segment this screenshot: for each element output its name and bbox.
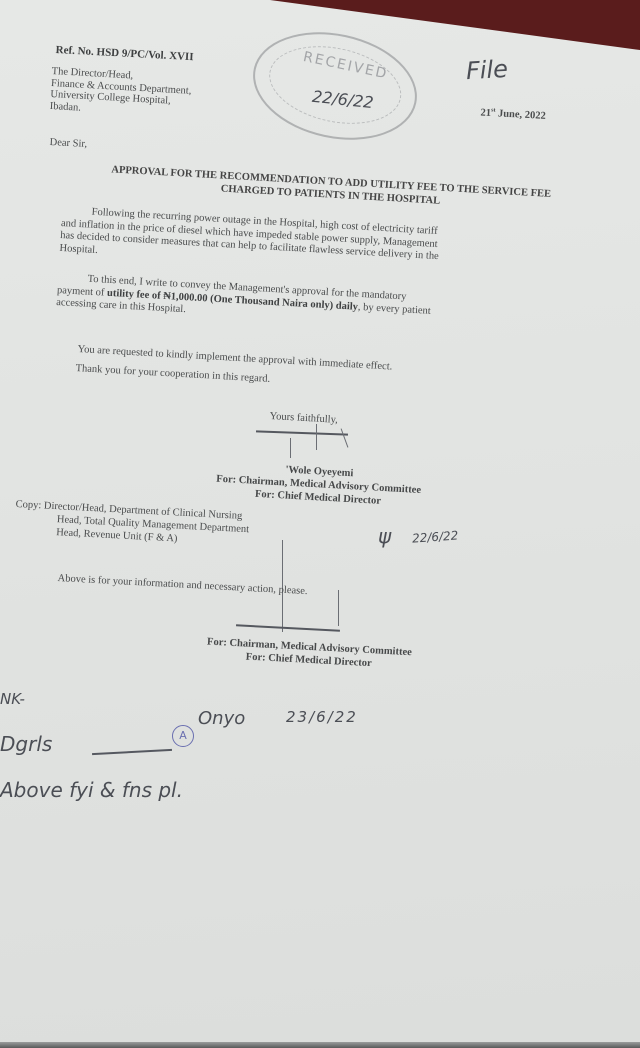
page-bottom-edge xyxy=(0,1042,640,1048)
addressee-block: The Director/Head, Finance & Accounts De… xyxy=(49,66,192,120)
pen-stroke xyxy=(338,590,339,626)
handwritten-signature: Onyo xyxy=(198,708,245,729)
text: payment of xyxy=(57,284,108,298)
handwritten-minute: Dgrls xyxy=(0,732,52,756)
copy-label: Copy: xyxy=(15,499,41,511)
date-day: 21 xyxy=(480,107,491,119)
signature-stroke xyxy=(316,424,317,450)
nursing-signature: ψ xyxy=(378,524,391,548)
handwritten-minute: NK- xyxy=(0,690,25,708)
signature-stroke xyxy=(290,438,291,458)
handwritten-file-note: File xyxy=(465,55,508,85)
salutation: Dear Sir, xyxy=(49,136,87,151)
letter-date: 21st June, 2022 xyxy=(480,104,546,123)
date-rest: June, 2022 xyxy=(495,108,546,122)
handwritten-date: 23/6/22 xyxy=(286,708,358,726)
handwritten-minute: Above fyi & fns pl. xyxy=(0,778,183,802)
initial-circle: A xyxy=(172,725,194,747)
